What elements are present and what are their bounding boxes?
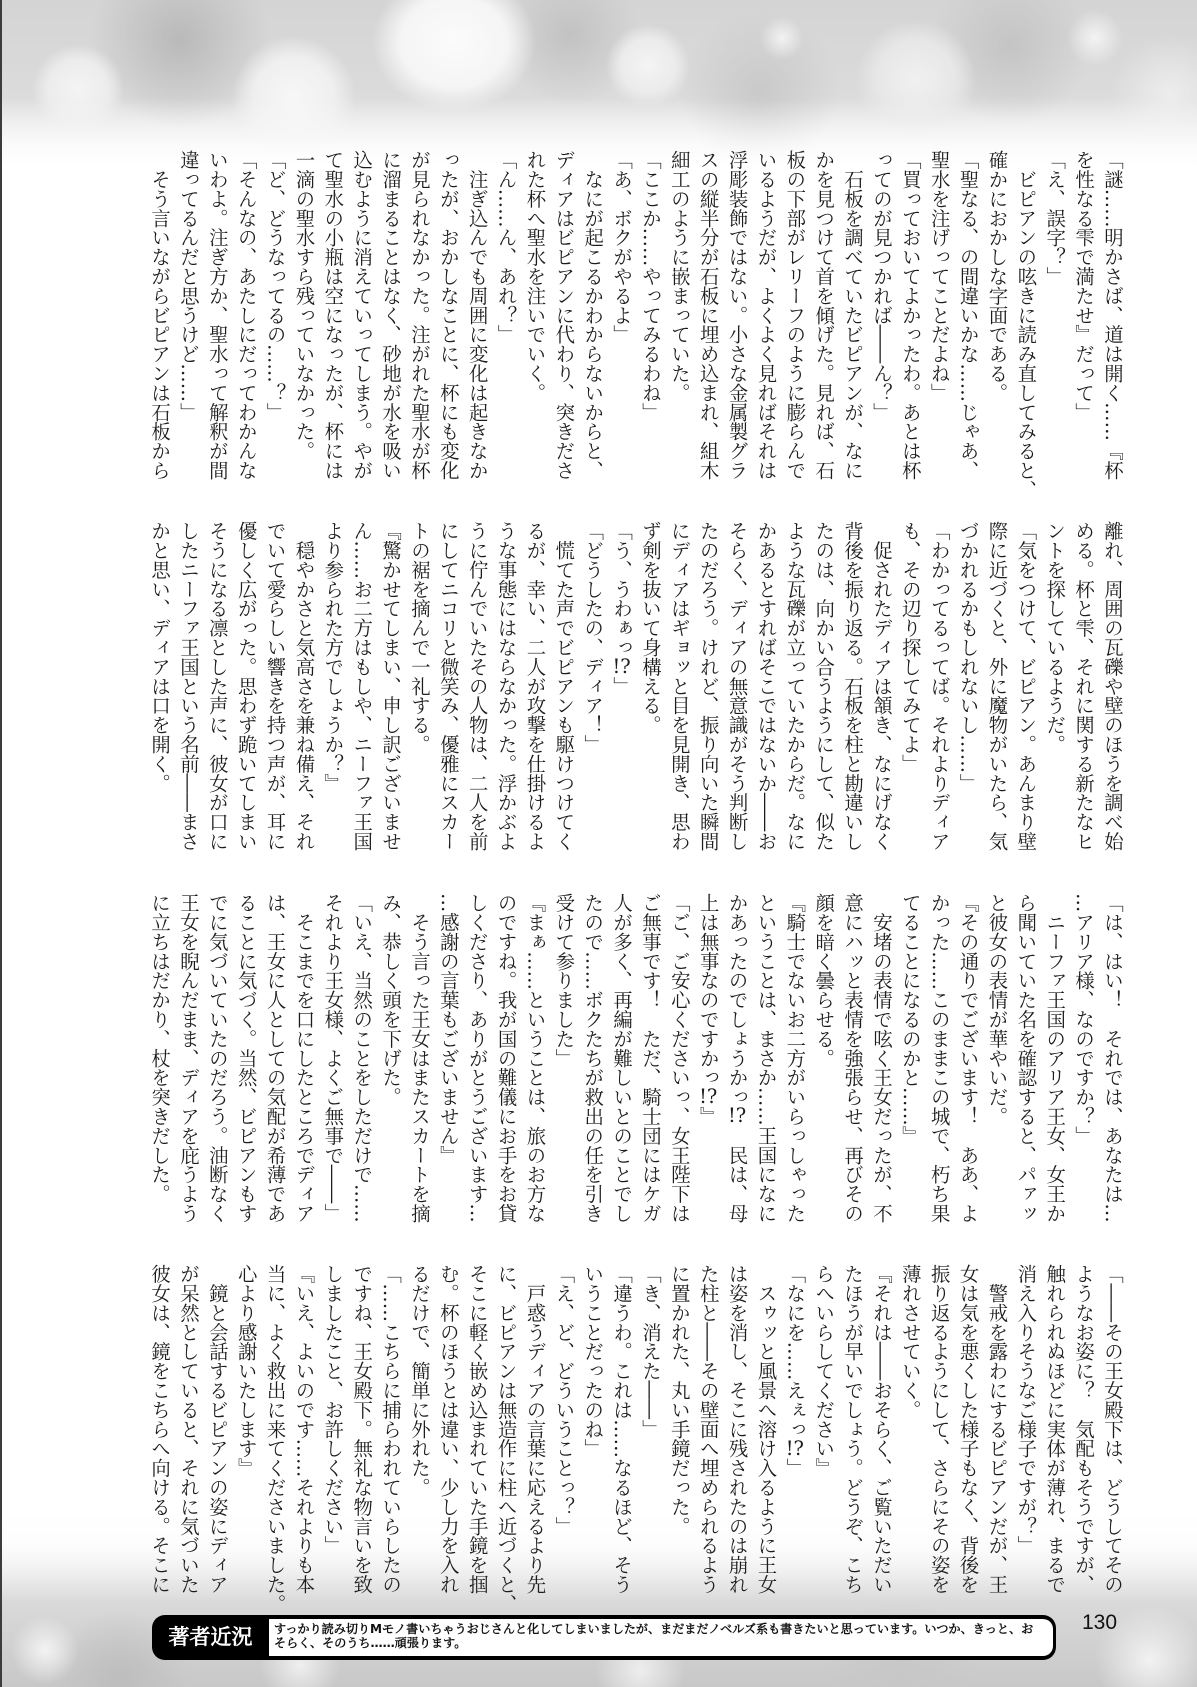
text-column: なにが起こるかわからないからと、 — [577, 150, 606, 482]
text-column: 「買っておいてよかったわ。あとは杯 — [895, 150, 924, 482]
text-column: 受けて参りました」 — [549, 893, 578, 1225]
text-column: 振り返るようにして、さらにその姿を — [924, 1264, 953, 1596]
text-column: 「え、誤字？」 — [1039, 150, 1068, 482]
text-column: 『いえ、よいのです……それよりも本 — [289, 1264, 318, 1596]
text-column: うな事態にはならなかった。浮かぶよ — [491, 521, 520, 853]
text-column: スの縦半分が石板に埋め込まれ、組木 — [693, 150, 722, 482]
text-column: が呆然としていると、それに気づいた — [173, 1264, 202, 1596]
text-column: るだけで、簡単に外れた。 — [404, 1264, 433, 1596]
text-column: たほうが早いでしょう。どうぞ、こち — [837, 1264, 866, 1596]
text-band-3: 「は、はい！ それでは、あなたは… …アリア様、なのですか？」 ニーファ王国のア… — [144, 893, 1126, 1225]
text-column: にディアはギョッと目を見開き、思わ — [664, 521, 693, 853]
text-column: 確かにおかしな字面である。 — [982, 150, 1011, 482]
text-column: のですね。我が国の難儀にお手をお貸 — [491, 893, 520, 1225]
text-column: てることになるのかと……』 — [895, 893, 924, 1225]
text-column: でに気づいていたのだろう。油断なく — [202, 893, 231, 1225]
text-column: そう言いながらビピアンは石板から — [144, 150, 173, 482]
text-column: 『騎士でないお二方がいらっしゃった — [780, 893, 809, 1225]
text-column: そうになる凛とした声に、彼女が口に — [202, 521, 231, 853]
text-column: トの裾を摘んで一礼する。 — [404, 521, 433, 853]
text-column: 女は気を悪くした様子もなく、背後を — [953, 1264, 982, 1596]
text-column: 彼女は、鏡をこちらへ向ける。そこに — [144, 1264, 173, 1596]
text-column: かと思い、ディアは口を開く。 — [144, 521, 173, 853]
text-column: かあったのでしょうかっ!? 民は、母 — [722, 893, 751, 1225]
text-column: ディアはビピアンに代わり、突きださ — [549, 150, 578, 482]
text-column: 警戒を露わにするビピアンだが、王 — [982, 1264, 1011, 1596]
text-column: 「いえ、当然のことをしただけで…… — [346, 893, 375, 1225]
text-column: にしてニコリと微笑み、優雅にスカー — [433, 521, 462, 853]
tate-chu-yoko: !? — [783, 1439, 806, 1458]
text-column: ず剣を抜いて身構える。 — [635, 521, 664, 853]
text-column: ることに気づく。当然、ビピアンもす — [231, 893, 260, 1225]
text-column: み、恭しく頭を下げた。 — [375, 893, 404, 1225]
text-column: …アリア様、なのですか？」 — [1068, 893, 1097, 1225]
text-column: 慌てた声でビピアンも駆けつけてく — [549, 521, 578, 853]
text-column: に溜まることはなく、砂地が水を吸い — [375, 150, 404, 482]
author-note-line: そらく、そのうち……頑張ります。 — [274, 1636, 1053, 1650]
text-column: 上は無事なのですかっ!?』 — [693, 893, 722, 1225]
text-column: 聖水を注げってことだよね」 — [924, 150, 953, 482]
text-column: 「気をつけて、ビピアン。あんまり壁 — [1011, 521, 1040, 853]
text-column: 優しく広がった。思わず跪いてしまい — [231, 521, 260, 853]
text-column: 「ん……ん、あれ？」 — [491, 150, 520, 482]
text-column: いわよ。注ぎ方か、聖水って解釈が間 — [202, 150, 231, 482]
text-column: 離れ、周囲の瓦礫や壁のほうを調べ始 — [1097, 521, 1126, 853]
text-column: 促されたディアは頷き、なにげなく — [866, 521, 895, 853]
text-column: 鏡と会話するビピアンの姿にディア — [202, 1264, 231, 1596]
tate-chu-yoko: !? — [697, 1087, 720, 1106]
text-column: ような瓦礫が立っていたからだ。なに — [780, 521, 809, 853]
text-column: 「謎……明かさば、道は開く……『杯 — [1097, 150, 1126, 482]
text-column: るが、幸い、二人が攻撃を仕掛けるよ — [520, 521, 549, 853]
text-column: た柱と――その壁面へ埋められるよう — [693, 1264, 722, 1596]
text-column: より参られた方でしょうか？』 — [318, 521, 347, 853]
text-column: 浮彫装飾ではない。小さな金属製グラ — [722, 150, 751, 482]
text-column: かった……このままこの城で、朽ち果 — [924, 893, 953, 1225]
text-column: 戸惑うディアの言葉に応えるより先 — [520, 1264, 549, 1596]
text-column: 人が多く、再編が難しいとのことでし — [606, 893, 635, 1225]
text-column: 込むように消えていってしまう。やが — [346, 150, 375, 482]
text-column: が見られなかった。注がれた聖水が杯 — [404, 150, 433, 482]
tate-chu-yoko: !? — [610, 657, 633, 676]
text-column: める。杯と雫、それに関する新たなヒ — [1068, 521, 1097, 853]
text-column: そこまでを口にしたところでディア — [289, 893, 318, 1225]
text-column: 『その通りでございます！ ああ、よ — [953, 893, 982, 1225]
text-column: たのだろう。けれど、振り向いた瞬間 — [693, 521, 722, 853]
text-column: む。杯のほうとは違い、少し力を入れ — [433, 1264, 462, 1596]
text-column: 「聖なる、の間違いかな……じゃあ、 — [953, 150, 982, 482]
text-column: 「ここか……やってみるわね」 — [635, 150, 664, 482]
text-column: いるようだが、よくよく見ればそれは — [751, 150, 780, 482]
text-column: 際に近づくと、外に魔物がいたら、気 — [982, 521, 1011, 853]
text-column: 「う、うわぁっ!?」 — [606, 521, 635, 853]
text-band-4: 「――その王女殿下は、どうしてその ようなお姿に？ 気配もそうですが、 触れられ… — [144, 1264, 1126, 1596]
author-note-box: すっかり読み切りMモノ書いちゃうおじさんと化してしまいましたが、まだまだノベルズ… — [269, 1619, 1053, 1656]
text-column: ようなお姿に？ 気配もそうですが、 — [1068, 1264, 1097, 1596]
text-column: ということは、まさか……王国になに — [751, 893, 780, 1225]
text-band-1: 「謎……明かさば、道は開く……『杯 を性なる雫で満たせ』だって」 「え、誤字？」… — [144, 150, 1126, 482]
text-column: 「違うわ。これは……なるほど、そう — [606, 1264, 635, 1596]
author-note-line: すっかり読み切りMモノ書いちゃうおじさんと化してしまいましたが、まだまだノベルズ… — [274, 1622, 1053, 1636]
text-column: 「どうしたの、ディア！」 — [577, 521, 606, 853]
text-column: らへいらしてください』 — [808, 1264, 837, 1596]
text-column: ですね、王女殿下。無礼な物言いを致 — [346, 1264, 375, 1596]
text-column: 「――その王女殿下は、どうしてその — [1097, 1264, 1126, 1596]
text-column: かあるとすればそこではないか――お — [751, 521, 780, 853]
text-column: スゥッと風景へ溶け入るように王女 — [751, 1264, 780, 1596]
text-column: でいて愛らしい響きを持つ声が、耳に — [260, 521, 289, 853]
text-column: 「わかってるってば。それよりディア — [924, 521, 953, 853]
text-column: も、その辺り探してみてよ」 — [895, 521, 924, 853]
text-column: 「あ、ボクがやるよ」 — [606, 150, 635, 482]
text-column: ご無事です！ ただ、騎士団にはケガ — [635, 893, 664, 1225]
text-column: 『驚かせてしまい、申し訳ございませ — [375, 521, 404, 853]
text-column: 「ご、ご安心くださいっ、女王陛下は — [664, 893, 693, 1225]
text-column: 背後を振り返る。石板を柱と勘違いし — [837, 521, 866, 853]
text-column: しましたこと、お許しください」 — [318, 1264, 347, 1596]
text-column: に、ビピアンは無造作に柱へ近づくと、 — [491, 1264, 520, 1596]
text-column: したニーファ王国という名前――まさ — [173, 521, 202, 853]
tate-chu-yoko: !? — [726, 1106, 749, 1125]
text-column: 穏やかさと気高さを兼ね備え、それ — [289, 521, 318, 853]
text-column: は、王女に人としての気配が希薄であ — [260, 893, 289, 1225]
page-edge-line — [0, 0, 2, 1687]
text-column: 「なにを……えぇっ!?」 — [780, 1264, 809, 1596]
text-column: そらく、ディアの無意識がそう判断し — [722, 521, 751, 853]
text-column: 違ってるんだと思うけど……」 — [173, 150, 202, 482]
text-column: 「は、はい！ それでは、あなたは… — [1097, 893, 1126, 1225]
text-column: 一滴の聖水すら残っていなかった。 — [289, 150, 318, 482]
text-column: 「ど、どうなってるの……？」 — [260, 150, 289, 482]
text-column: たので……ボクたちが救出の任を引き — [577, 893, 606, 1225]
text-column: づかれるかもしれないし……」 — [953, 521, 982, 853]
text-column: 触れられぬほどに実体が薄れ、まるで — [1039, 1264, 1068, 1596]
text-column: …感謝の言葉もございません』 — [433, 893, 462, 1225]
text-column: 『それは――おそらく、ご覧いただい — [866, 1264, 895, 1596]
text-column: 安堵の表情で呟く王女だったが、不 — [866, 893, 895, 1225]
text-column: 当に、よく救出に来てくださいました。 — [260, 1264, 289, 1596]
text-column: 薄れさせていく。 — [895, 1264, 924, 1596]
text-column: 石板を調べていたビピアンが、なに — [837, 150, 866, 482]
text-column: 顔を暗く曇らせる。 — [808, 893, 837, 1225]
text-column: そう言った王女はまたスカートを摘 — [404, 893, 433, 1225]
text-column: 細工のように嵌まっていた。 — [664, 150, 693, 482]
text-column: て聖水の小瓶は空になったが、杯には — [318, 150, 347, 482]
text-column: 心より感謝いたします』 — [231, 1264, 260, 1596]
text-column: 「き、消えた――」 — [635, 1264, 664, 1596]
text-column: れた杯へ聖水を注いでいく。 — [520, 150, 549, 482]
text-column: ニーファ王国のアリア王女、女王か — [1039, 893, 1068, 1225]
text-column: それより王女様、よくご無事で――」 — [318, 893, 347, 1225]
text-column: 板の下部がレリーフのように膨らんで — [780, 150, 809, 482]
page-number: 130 — [1082, 1611, 1117, 1635]
text-column: たのは、向かい合うようにして、似た — [808, 521, 837, 853]
text-column: しくださり、ありがとうございます… — [462, 893, 491, 1225]
header-bokeh-decoration — [0, 0, 1197, 172]
text-column: 『まぁ……ということは、旅のお方な — [520, 893, 549, 1225]
text-column: いうことだったのね」 — [577, 1264, 606, 1596]
text-column: は姿を消し、そこに残されたのは崩れ — [722, 1264, 751, 1596]
text-column: ん……お二方はもしや、ニーファ王国 — [346, 521, 375, 853]
text-column: ら聞いていた名を確認すると、パァッ — [1011, 893, 1040, 1225]
text-column: と彼女の表情が華やいだ。 — [982, 893, 1011, 1225]
text-column: 消え入りそうなご様子ですが？」 — [1011, 1264, 1040, 1596]
text-column: ビピアンの呟きに読み直してみると、 — [1011, 150, 1040, 482]
text-column: うに佇んでいたその人物は、二人を前 — [462, 521, 491, 853]
text-column: かを見つけて首を傾げた。見れば、石 — [808, 150, 837, 482]
text-column: 「……こちらに捕らわれていらしたの — [375, 1264, 404, 1596]
text-column: ってのが見つかれば――ん？」 — [866, 150, 895, 482]
author-note: 著者近況 すっかり読み切りMモノ書いちゃうおじさんと化してしまいましたが、まだま… — [152, 1615, 1056, 1660]
text-column: そこに軽く嵌め込まれていた手鏡を掴 — [462, 1264, 491, 1596]
text-column: に立ちはだかり、杖を突きだした。 — [144, 893, 173, 1225]
text-column: ントを探しているようだ。 — [1039, 521, 1068, 853]
text-band-2: 離れ、周囲の瓦礫や壁のほうを調べ始 める。杯と雫、それに関する新たなヒ ントを探… — [144, 521, 1126, 853]
text-column: ったが、おかしなことに、杯にも変化 — [433, 150, 462, 482]
author-note-label: 著者近況 — [152, 1615, 269, 1660]
text-column: 注ぎ込んでも周囲に変化は起きなか — [462, 150, 491, 482]
text-column: 王女を睨んだまま、ディアを庇うよう — [173, 893, 202, 1225]
text-column: 「そんなの、あたしにだってわかんな — [231, 150, 260, 482]
text-column: を性なる雫で満たせ』だって」 — [1068, 150, 1097, 482]
text-column: 「え、ど、どういうことっ？」 — [549, 1264, 578, 1596]
text-column: に置かれた、丸い手鏡だった。 — [664, 1264, 693, 1596]
text-column: 意にハッと表情を強張らせ、再びその — [837, 893, 866, 1225]
